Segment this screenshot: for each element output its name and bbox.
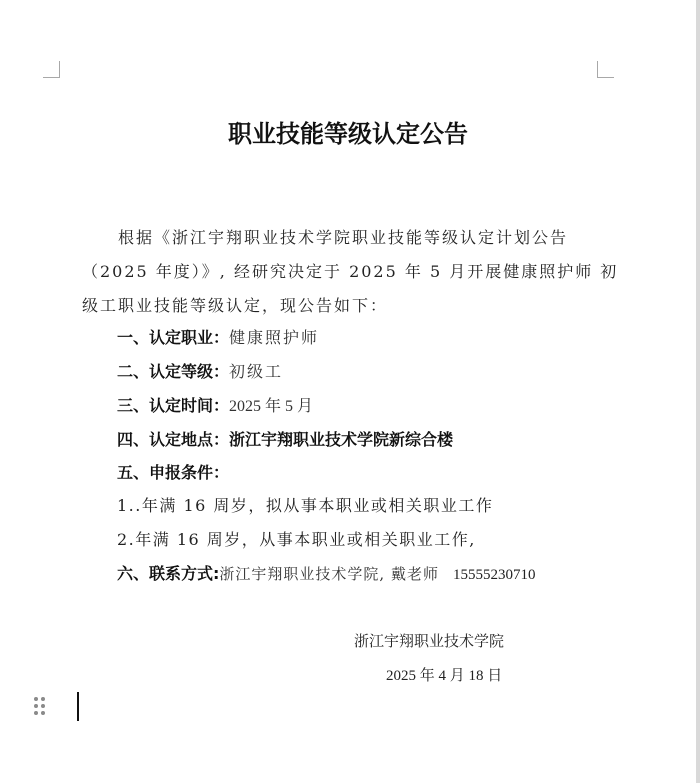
signature-date: 2025 年 4 月 18 日 <box>386 664 502 685</box>
intro-line-1: 根据《浙江宇翔职业技术学院职业技能等级认定计划公告 <box>118 228 568 248</box>
drag-dot <box>34 711 38 715</box>
document-page[interactable]: 职业技能等级认定公告 根据《浙江宇翔职业技术学院职业技能等级认定计划公告 （20… <box>0 0 696 783</box>
item-label: 二、认定等级： <box>117 362 229 381</box>
drag-dot <box>34 704 38 708</box>
item-label: 四、认定地点： <box>117 430 229 449</box>
item-location: 四、认定地点：浙江宇翔职业技术学院新综合楼 <box>117 430 453 450</box>
signature-org: 浙江宇翔职业技术学院 <box>354 630 504 651</box>
contact-label: 六、联系方式: <box>117 564 219 583</box>
drag-dot <box>41 711 45 715</box>
item-value: 初级工 <box>229 362 283 381</box>
item-value: 浙江宇翔职业技术学院新综合楼 <box>229 430 453 449</box>
drag-dot <box>41 704 45 708</box>
margin-corner-mark-top-right <box>597 61 614 78</box>
condition-1: 1..年满 16 周岁，拟从事本职业或相关职业工作 <box>117 496 493 516</box>
item-time: 三、认定时间：2025 年 5 月 <box>117 396 313 417</box>
item-requirements: 五、申报条件： <box>117 463 229 483</box>
drag-dot <box>41 697 45 701</box>
drag-dot <box>34 697 38 701</box>
contact-phone: 15555230710 <box>453 567 536 583</box>
item-value: 健康照护师 <box>229 328 319 347</box>
contact-line: 六、联系方式:浙江宇翔职业技术学院, 戴老师15555230710 <box>117 564 535 585</box>
drag-handle-icon[interactable] <box>34 697 46 715</box>
item-occupation: 一、认定职业：健康照护师 <box>117 328 319 348</box>
item-label: 三、认定时间： <box>117 396 229 415</box>
item-label: 一、认定职业： <box>117 328 229 347</box>
margin-corner-mark-top-left <box>43 61 60 78</box>
scrollbar-track[interactable] <box>696 0 700 783</box>
document-title: 职业技能等级认定公告 <box>0 114 696 149</box>
text-cursor <box>77 692 79 721</box>
condition-2: 2.年满 16 周岁，从事本职业或相关职业工作, <box>117 530 476 550</box>
item-label: 五、申报条件： <box>117 463 229 482</box>
contact-value: 浙江宇翔职业技术学院, 戴老师 <box>219 565 439 583</box>
item-value: 2025 年 5 月 <box>229 398 313 415</box>
intro-line-2: （2025 年度）》, 经研究决定于 2025 年 5 月开展健康照护师 初 <box>82 262 618 282</box>
item-level: 二、认定等级：初级工 <box>117 362 283 382</box>
intro-line-3: 级工职业技能等级认定，现公告如下： <box>82 296 388 316</box>
